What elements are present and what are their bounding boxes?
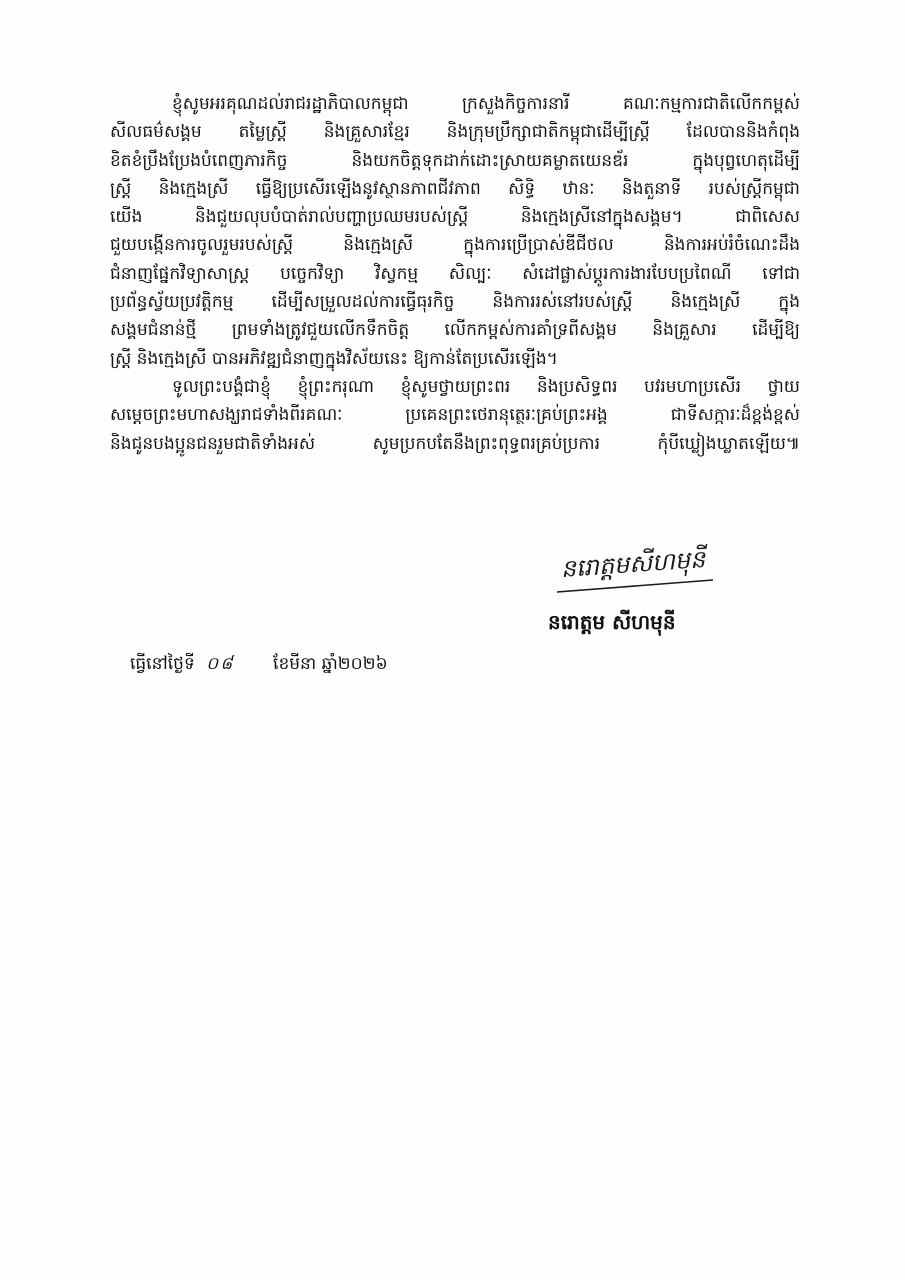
date-day: ០៨ xyxy=(206,654,234,674)
date-month: ខែមីនា xyxy=(273,654,316,674)
date-prefix: ធ្វើនៅថ្ងៃទី xyxy=(130,654,195,674)
letter-body: ខ្ញុំសូមអរគុណដល់រាជរដ្ឋាភិបាលកម្ពុជា ក្រ… xyxy=(110,90,800,458)
signer-name: នរោត្តម សីហមុនី xyxy=(548,605,676,639)
paragraph-2-line: និងជូនបងប្អូនជនរួមជាតិទាំងអស់ សូមប្រកបតែ… xyxy=(110,430,800,458)
date-line: ធ្វើនៅថ្ងៃទី ០៨ ខែមីនា ឆ្នាំ២០២៦ xyxy=(130,650,388,678)
paragraph-1-line: ស្ត្រី និងក្មេងស្រី បានអភិវឌ្ឍជំនាញក្នុង… xyxy=(110,345,800,373)
paragraph-1-line: យើង និងជួយលុបបំបាត់រាល់បញ្ហាប្រឈមរបស់ស្ត… xyxy=(110,203,800,231)
signature-icon: នរោត្តមសីហមុនី xyxy=(555,530,725,600)
paragraph-1-line: ស្ត្រី និងក្មេងស្រី ធ្វើឱ្យប្រសើរឡើងនូវស… xyxy=(110,175,800,203)
paragraph-2-line: សម្តេចព្រះមហាសង្ឃរាជទាំងពីរគណៈ ប្រគេនព្រ… xyxy=(110,401,800,429)
paragraph-1-line: ខ្ញុំសូមអរគុណដល់រាជរដ្ឋាភិបាលកម្ពុជា ក្រ… xyxy=(110,90,800,118)
paragraph-1-line: ខិតខំប្រឹងប្រែងបំពេញភារកិច្ច និងយកចិត្តទ… xyxy=(110,147,800,175)
paragraph-1-line: ជំនាញផ្នែកវិទ្យាសាស្ត្រ បច្ចេកវិទ្យា វិស… xyxy=(110,260,800,288)
paragraph-1-line: សង្គមជំនាន់ថ្មី ព្រមទាំងត្រូវជួយលើកទឹកចិ… xyxy=(110,316,800,344)
paragraph-1-line: ជួយបង្កើនការចូលរួមរបស់ស្ត្រី និងក្មេងស្រ… xyxy=(110,231,800,259)
paragraph-1-line: ប្រព័ន្ធស្វ័យប្រវត្តិកម្ម ដើម្បីសម្រួលដល… xyxy=(110,288,800,316)
paragraph-1-line: សីលធម៌សង្គម តម្លៃស្ត្រី និងគ្រួសារខ្មែរ … xyxy=(110,118,800,146)
letter-page: ខ្ញុំសូមអរគុណដល់រាជរដ្ឋាភិបាលកម្ពុជា ក្រ… xyxy=(0,0,905,1280)
paragraph-2-line: ទូលព្រះបង្គំជាខ្ញុំ ខ្ញុំព្រះករុណា ខ្ញុំ… xyxy=(110,373,800,401)
svg-text:នរោត្តមសីហមុនី: នរោត្តមសីហមុនី xyxy=(560,544,711,585)
handwritten-signature: នរោត្តមសីហមុនី xyxy=(555,530,725,600)
date-year: ឆ្នាំ២០២៦ xyxy=(322,654,388,674)
